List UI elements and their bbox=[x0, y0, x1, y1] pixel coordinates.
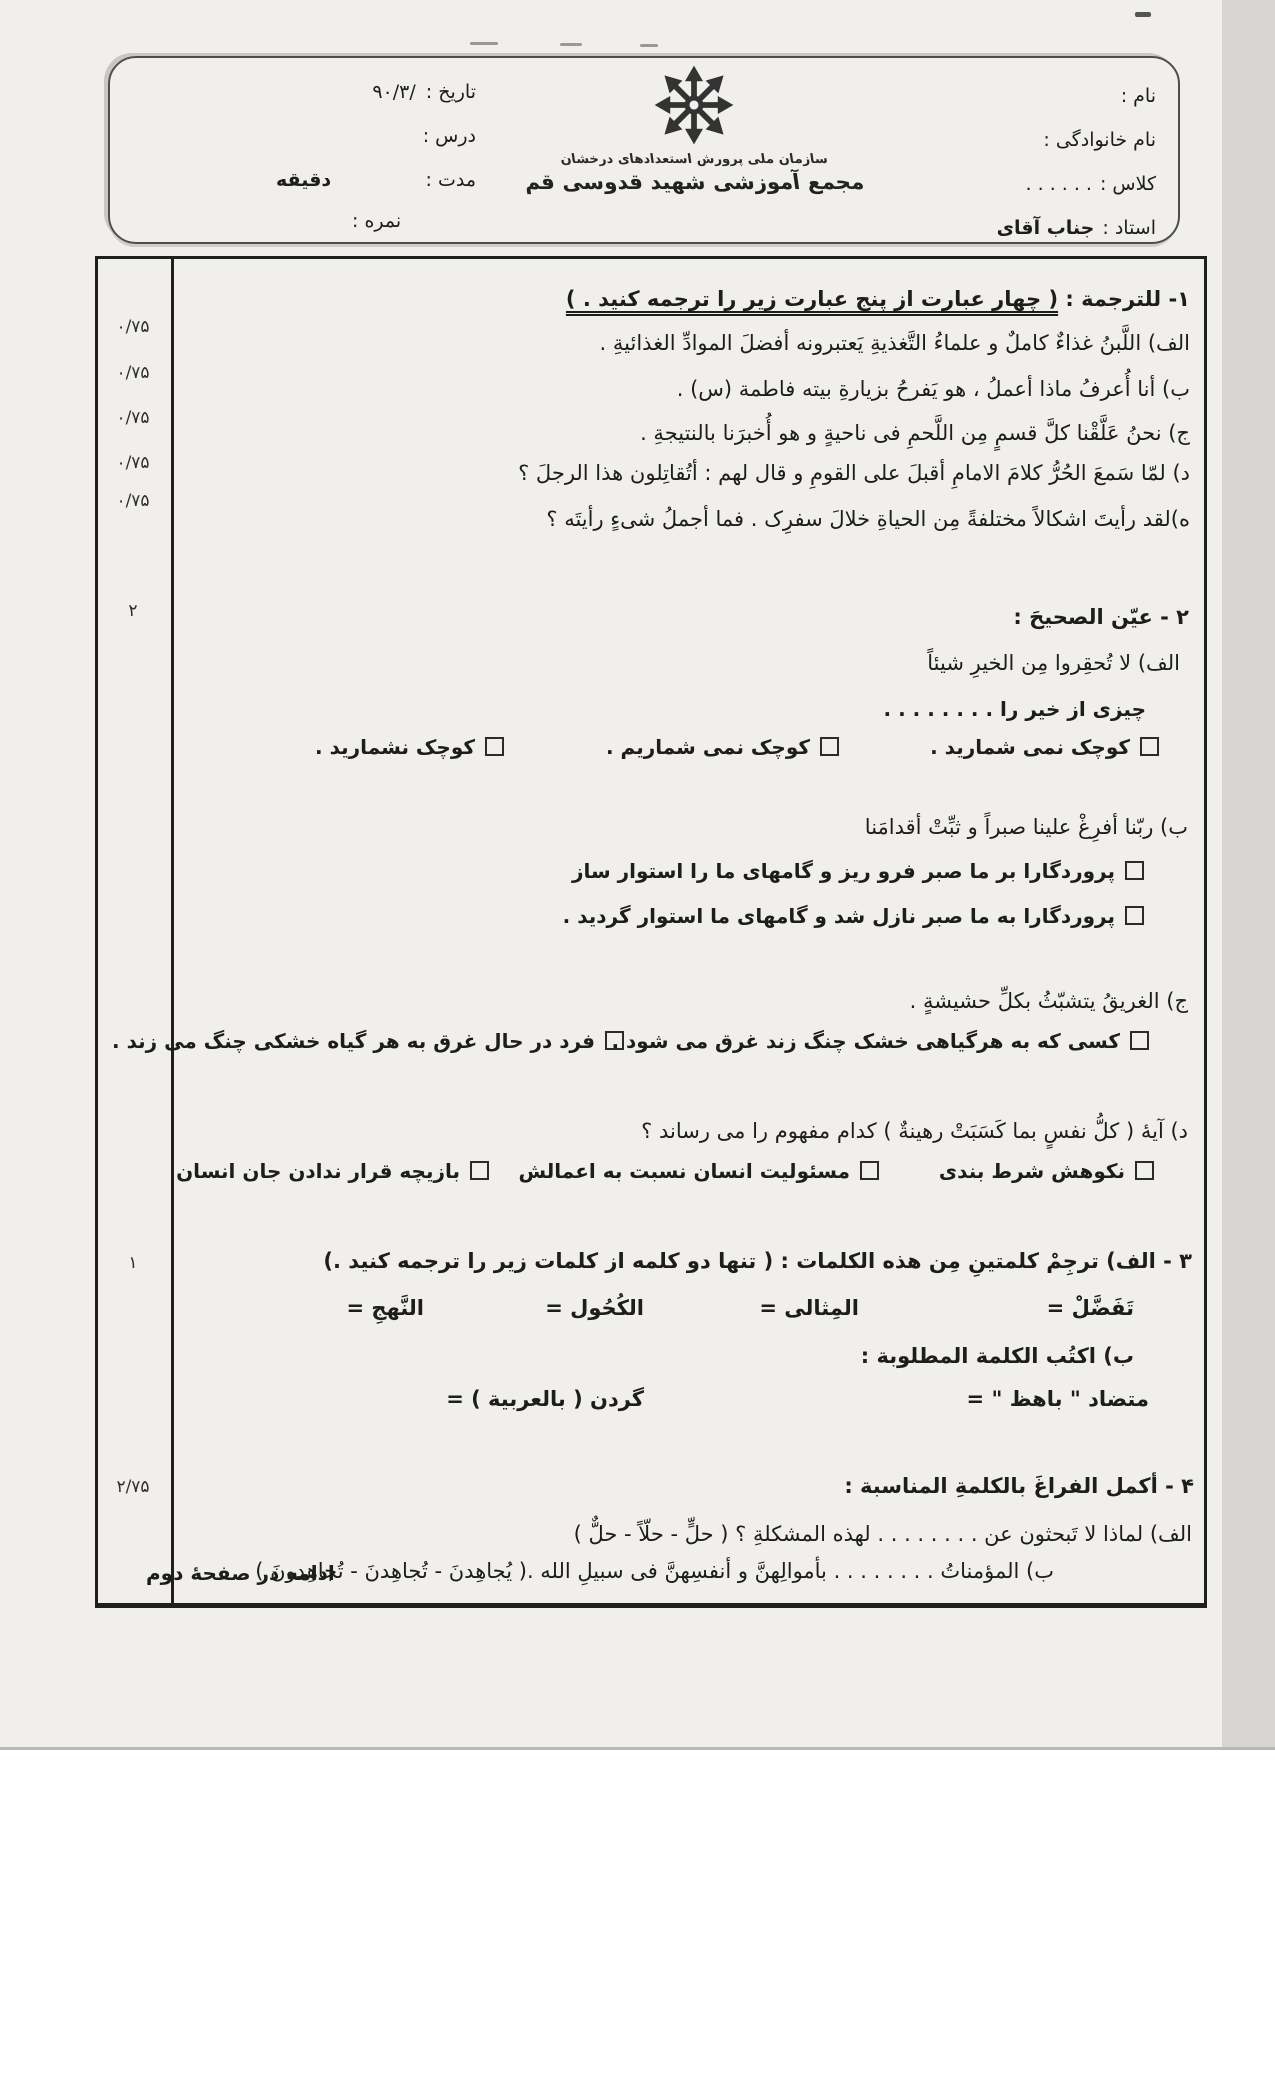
q4-item-a: الف) لماذا لا تَبحثون عن . . . . . . . .… bbox=[574, 1522, 1192, 1546]
q3-word-1: تَفَضَّلْ = bbox=[1047, 1296, 1134, 1320]
score-label: نمره : bbox=[352, 210, 401, 232]
scanned-exam-page: { "header": { "right": { "name_label": "… bbox=[0, 0, 1275, 2100]
question-area-box: ۰/۷۵ ۰/۷۵ ۰/۷۵ ۰/۷۵ ۰/۷۵ ۲ ۱ ۲/۷۵ ۱- للت… bbox=[95, 256, 1207, 1608]
checkbox-icon bbox=[470, 1161, 489, 1180]
q2-title: ۲ - عیّن الصحیحَ : bbox=[1013, 605, 1189, 629]
school-identity: سازمان ملی پرورش استعدادهای درخشان مجمع … bbox=[474, 64, 914, 194]
checkbox-icon bbox=[1130, 1031, 1149, 1050]
class-dots: . . . . . . bbox=[1026, 173, 1092, 195]
lesson-label: درس : bbox=[423, 125, 476, 147]
q2d-option-2: مسئولیت انسان نسبت به اعمالش bbox=[519, 1159, 879, 1183]
q3b-title: ب) اکتُب الکلمة المطلوبة : bbox=[861, 1344, 1134, 1368]
checkbox-icon bbox=[1140, 737, 1159, 756]
q2d-stem: د) آیهٔ ( کلُّ نفسٍ بما کَسَبَتْ رهینةٌ … bbox=[641, 1119, 1188, 1143]
school-name: مجمع آموزشی شهید قدوسی قم bbox=[472, 170, 915, 194]
q2b-option-1: پروردگارا بر ما صبر فرو ریز و گامهای ما … bbox=[572, 859, 1144, 883]
q2d-option-2-label: مسئولیت انسان نسبت به اعمالش bbox=[519, 1159, 850, 1183]
exam-header-box: نام : نام خانوادگی : کلاس : . . . . . . … bbox=[108, 56, 1180, 244]
lesson-row: درس : bbox=[136, 114, 476, 158]
teacher-value: جناب آقای bbox=[997, 217, 1095, 239]
score-row: نمره : bbox=[352, 210, 401, 232]
q1-item-b: ب) أنا أُعرفُ ماذا أعملُ ، هو یَفرحُ بزی… bbox=[677, 377, 1190, 401]
checkbox-icon bbox=[1125, 906, 1144, 925]
q4-item-b: ب) المؤمناتُ . . . . . . . . بأموالِهنَّ… bbox=[255, 1559, 1054, 1583]
name-label: نام : bbox=[1121, 85, 1156, 107]
scan-artifact bbox=[560, 43, 582, 46]
q2b-option-1-label: پروردگارا بر ما صبر فرو ریز و گامهای ما … bbox=[572, 859, 1115, 883]
student-info-column: نام : نام خانوادگی : کلاس : . . . . . . … bbox=[906, 74, 1156, 250]
scan-edge-band bbox=[1222, 0, 1275, 1750]
q1-item-c: ج) نحنُ عَلَّقْنا کلَّ قسمٍ مِن اللَّحمِ… bbox=[640, 421, 1190, 445]
q1-title-text: ۱- للترجمة : bbox=[1065, 287, 1190, 311]
date-row: تاریخ : /۹۰/۳ bbox=[136, 70, 476, 114]
class-label: کلاس : bbox=[1100, 173, 1156, 195]
organization-name: سازمان ملی پرورش استعدادهای درخشان bbox=[473, 152, 915, 167]
q2b-option-2: پروردگارا به ما صبر نازل شد و گامهای ما … bbox=[563, 904, 1144, 928]
mark-value: ۰/۷۵ bbox=[98, 491, 168, 511]
q2c-option-2: فرد در حال غرق به هر گیاه خشکی چنگ می زن… bbox=[112, 1029, 624, 1053]
checkbox-icon bbox=[605, 1031, 624, 1050]
q4-title: ۴ - أکمل الفراغَ بالکلمةِ المناسبة : bbox=[844, 1474, 1194, 1498]
q1-item-e: ه)لقد رأیتَ اشکالاً مختلفةً مِن الحیاةِ … bbox=[546, 507, 1190, 531]
mark-value: ۲/۷۵ bbox=[98, 1477, 168, 1497]
duration-row: مدت : دقیقه bbox=[276, 158, 476, 202]
duration-unit: دقیقه bbox=[276, 169, 331, 191]
checkbox-icon bbox=[1135, 1161, 1154, 1180]
q3-word-2: المِثالی = bbox=[759, 1296, 859, 1320]
checkbox-icon bbox=[820, 737, 839, 756]
duration-label: مدت : bbox=[426, 169, 476, 191]
teacher-label: استاد : bbox=[1102, 217, 1156, 239]
name-row: نام : bbox=[906, 74, 1156, 118]
continue-note: ادامه در صفحهٔ دوم bbox=[146, 1561, 335, 1585]
mark-value: ۱ bbox=[98, 1253, 168, 1273]
q2b-stem: ب) ربّنا أفرِغْ علینا صبراً و ثبِّتْ أقد… bbox=[865, 815, 1188, 839]
q2a-option-1: کوچک نمی شمارید . bbox=[930, 735, 1159, 759]
q3b-item-2: گردن ( بالعربیة ) = bbox=[446, 1387, 644, 1411]
paper-bottom-edge bbox=[0, 1747, 1275, 1750]
q2c-option-2-label: فرد در حال غرق به هر گیاه خشکی چنگ می زن… bbox=[112, 1029, 595, 1053]
scan-artifact bbox=[1135, 12, 1151, 17]
family-name-row: نام خانوادگی : bbox=[906, 118, 1156, 162]
q2a-option-2-label: کوچک نمی شماریم . bbox=[606, 735, 810, 759]
marks-column-divider bbox=[171, 259, 174, 1603]
q2d-option-1-label: نکوهش شرط بندی bbox=[939, 1159, 1125, 1183]
date-label: تاریخ : bbox=[426, 81, 476, 103]
q2d-option-1: نکوهش شرط بندی bbox=[939, 1159, 1154, 1183]
q1-item-d: د) لمّا سَمعَ الحُرُّ کلامَ الامامِ أقبل… bbox=[518, 461, 1190, 485]
scan-artifact bbox=[470, 42, 498, 45]
q2a-option-2: کوچک نمی شماریم . bbox=[606, 735, 839, 759]
mark-value: ۲ bbox=[98, 601, 168, 621]
checkbox-icon bbox=[860, 1161, 879, 1180]
q2a-stem: الف) لا تُحقِروا مِن الخیرِ شیئاً bbox=[927, 651, 1180, 675]
q2b-option-2-label: پروردگارا به ما صبر نازل شد و گامهای ما … bbox=[563, 904, 1115, 928]
scan-artifact bbox=[640, 44, 658, 47]
q3-word-3: الکُحُول = bbox=[545, 1296, 644, 1320]
q2c-stem: ج) الغریقُ یتشبّثُ بکلِّ حشیشةٍ . bbox=[910, 989, 1188, 1013]
date-value: /۹۰/۳ bbox=[372, 81, 415, 103]
class-row: کلاس : . . . . . . bbox=[906, 162, 1156, 206]
q3-word-4: النَّهجِ = bbox=[346, 1296, 424, 1320]
mark-value: ۰/۷۵ bbox=[98, 453, 168, 473]
q2d-option-3-label: بازیچه قرار ندادن جان انسان bbox=[176, 1159, 460, 1183]
q3-title: ۳ - الف) ترجِمْ کلمتینِ مِن هذه الکلمات … bbox=[323, 1249, 1192, 1273]
q2c-option-1-label: کسی که به هرگیاهی خشک چنگ زند غرق می شود… bbox=[611, 1029, 1120, 1053]
checkbox-icon bbox=[485, 737, 504, 756]
q1-title-instruction: ( چهار عبارت از پنج عبارت زیر را ترجمه ک… bbox=[566, 287, 1058, 311]
checkbox-icon bbox=[1125, 861, 1144, 880]
mark-value: ۰/۷۵ bbox=[98, 363, 168, 383]
q2c-option-1: کسی که به هرگیاهی خشک چنگ زند غرق می شود… bbox=[611, 1029, 1149, 1053]
q2a-option-3: کوچک نشمارید . bbox=[315, 735, 504, 759]
q1-item-a: الف) اللَّبنُ غذاءٌ کاملٌ و علماءُ التَّ… bbox=[600, 331, 1190, 355]
q2a-option-1-label: کوچک نمی شمارید . bbox=[930, 735, 1130, 759]
q2a-option-3-label: کوچک نشمارید . bbox=[315, 735, 475, 759]
q2a-substem: چیزی از خیر را . . . . . . . . bbox=[884, 697, 1146, 721]
exam-meta-column: تاریخ : /۹۰/۳ درس : مدت : دقیقه bbox=[136, 70, 476, 202]
mark-value: ۰/۷۵ bbox=[98, 408, 168, 428]
teacher-row: استاد : جناب آقای bbox=[906, 206, 1156, 250]
family-name-label: نام خانوادگی : bbox=[1043, 129, 1156, 151]
q2d-option-3: بازیچه قرار ندادن جان انسان bbox=[176, 1159, 489, 1183]
nodet-logo-icon bbox=[653, 64, 735, 146]
q3b-item-1: متضاد " باهظ " = bbox=[967, 1387, 1149, 1411]
mark-value: ۰/۷۵ bbox=[98, 317, 168, 337]
q1-title: ۱- للترجمة : ( چهار عبارت از پنج عبارت ز… bbox=[566, 287, 1190, 311]
